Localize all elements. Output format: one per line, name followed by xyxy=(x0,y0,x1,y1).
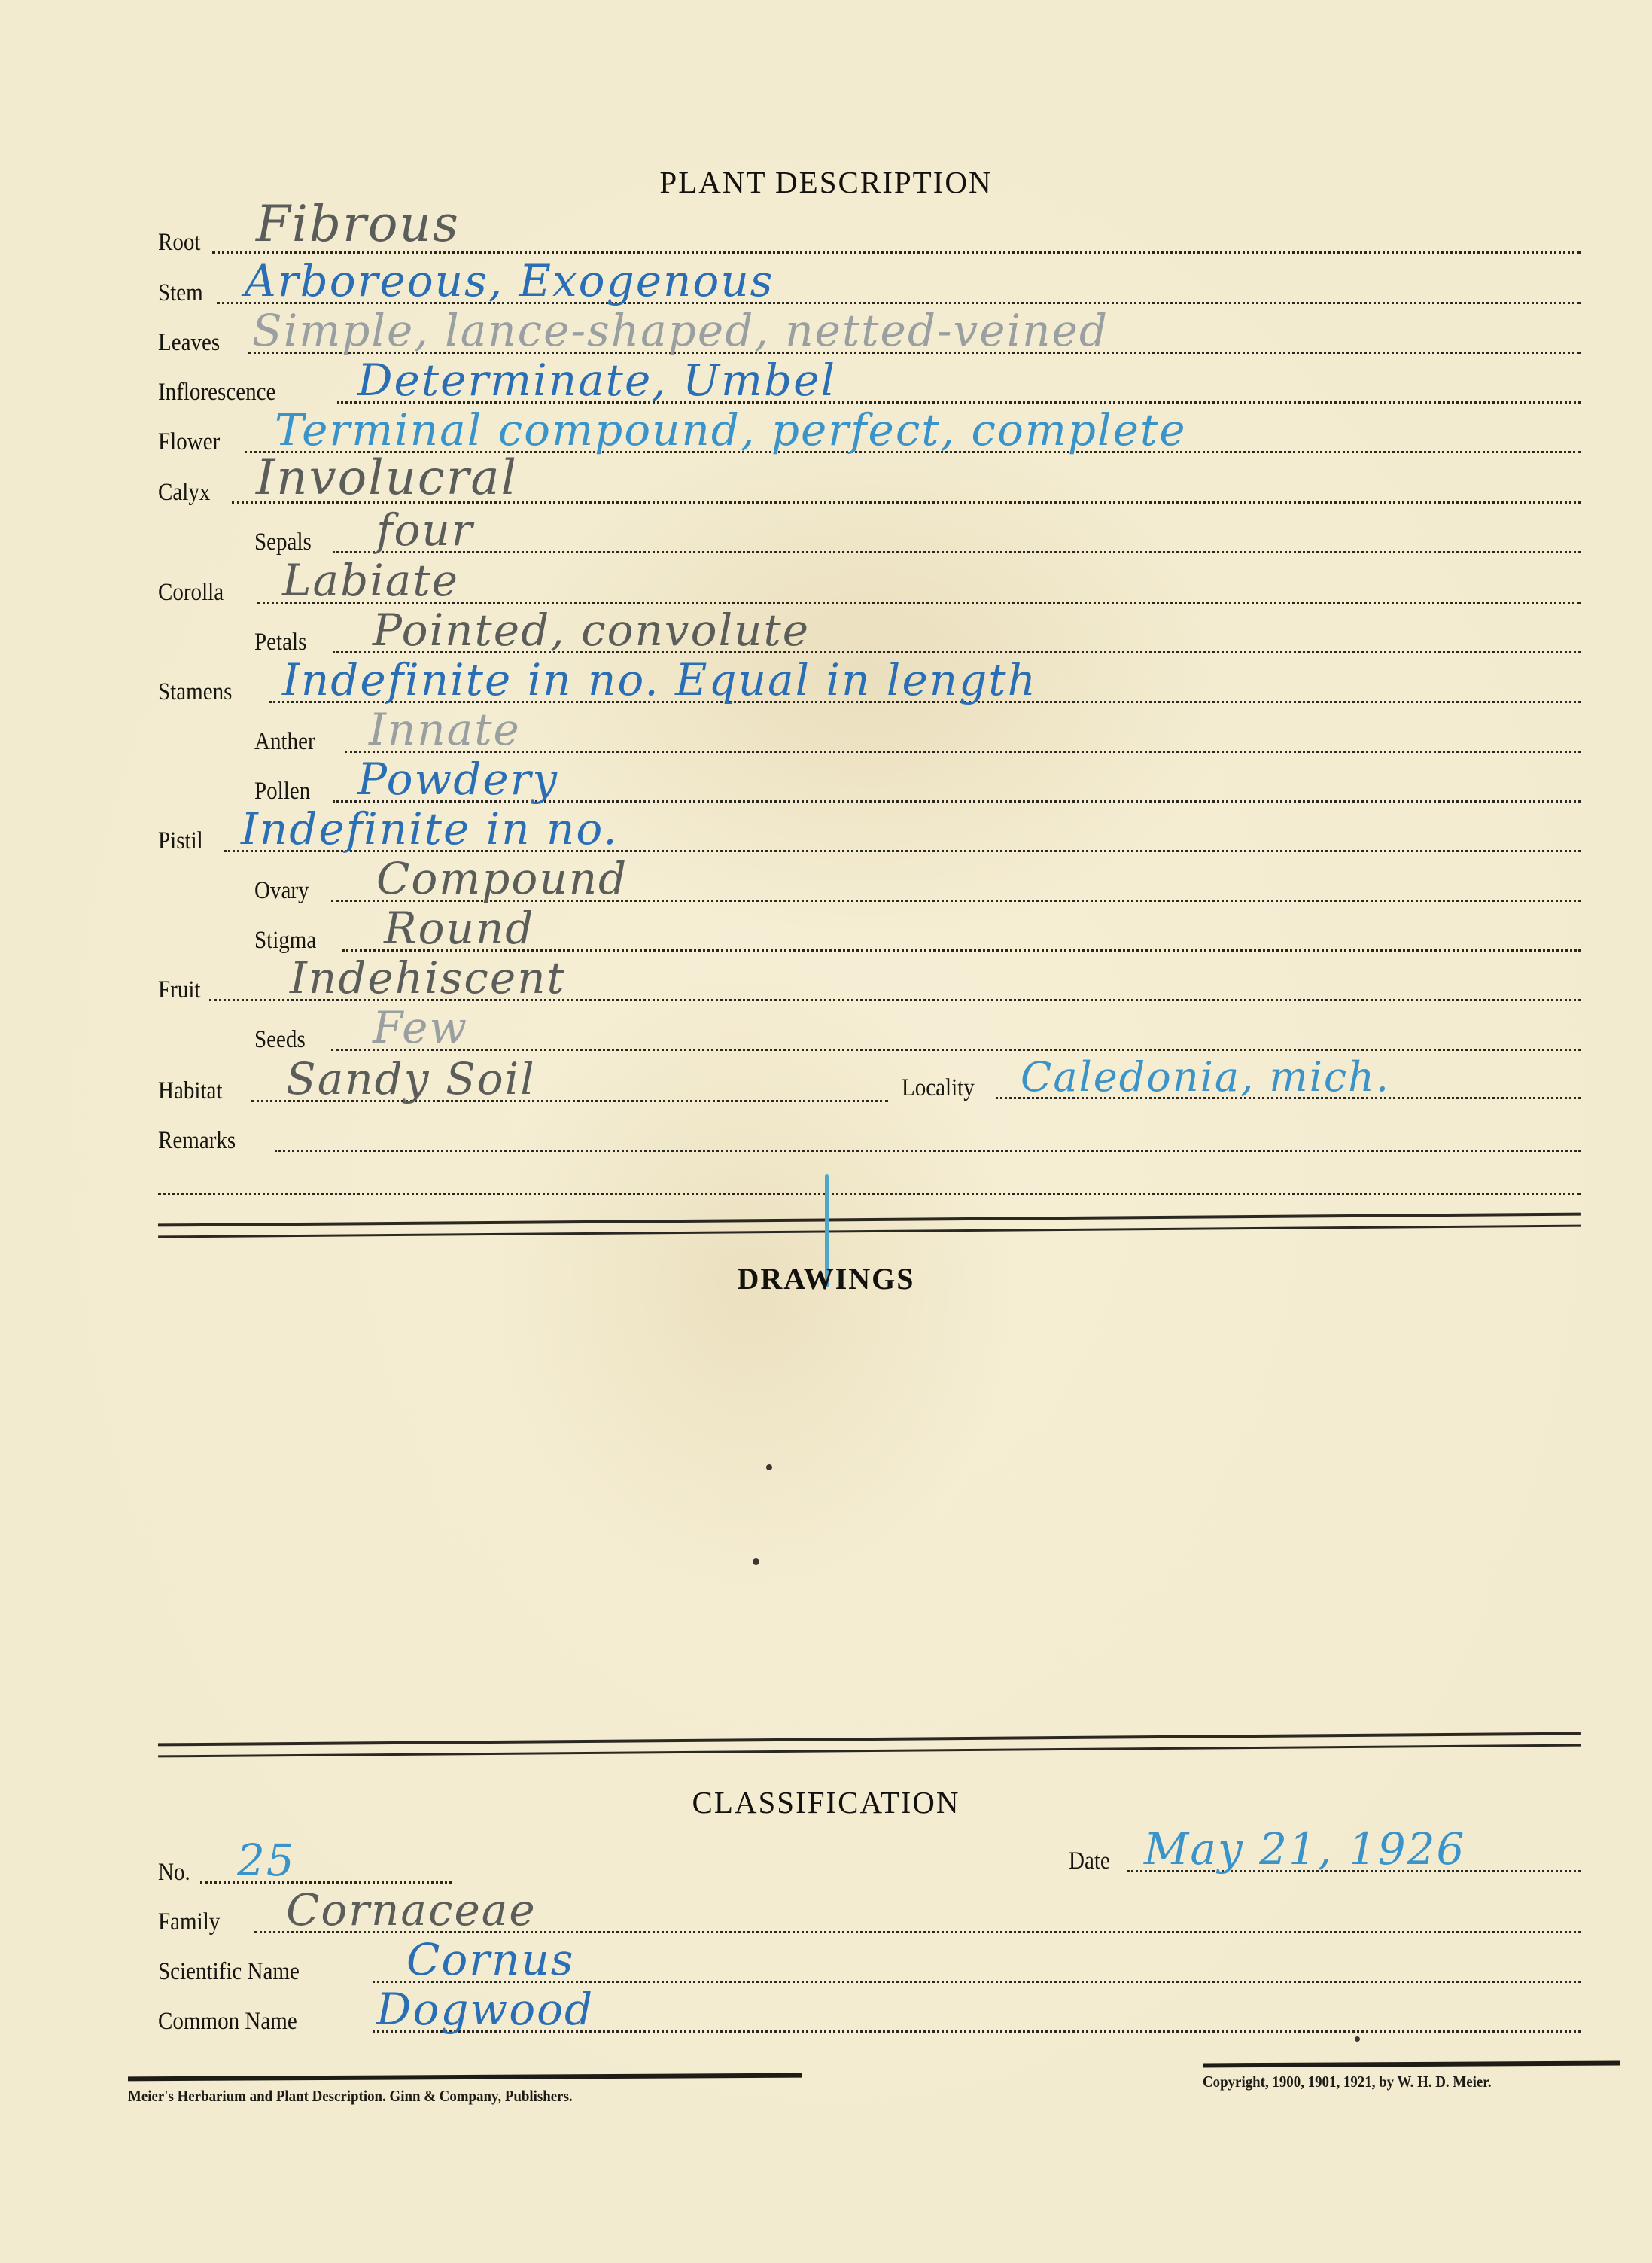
handwritten-value[interactable]: four xyxy=(376,508,473,552)
paper-speck xyxy=(766,1464,772,1470)
handwritten-value[interactable]: Involucral xyxy=(256,454,518,502)
field-fruit: Fruit Indehiscent xyxy=(158,962,1581,1007)
field-corolla: Corolla Labiate xyxy=(158,565,1581,610)
field-label: Stigma xyxy=(254,927,316,955)
dotted-line xyxy=(345,751,1581,753)
field-label: Ovary xyxy=(254,877,309,905)
field-label: Common Name xyxy=(158,2008,297,2036)
handwritten-value[interactable]: Pointed, convolute xyxy=(373,608,810,652)
section-divider xyxy=(158,1732,1581,1758)
field-calyx: Calyx Involucral xyxy=(158,464,1581,510)
handwritten-value[interactable]: Indefinite in no. Equal in length xyxy=(282,658,1037,702)
field-label: Pollen xyxy=(254,778,310,806)
field-label: Seeds xyxy=(254,1026,306,1054)
field-locality: Locality Caledonia, mich. xyxy=(902,1060,1581,1105)
field-label: Stem xyxy=(158,279,203,307)
field-label: Scientific Name xyxy=(158,1958,300,1986)
dotted-line xyxy=(275,1150,1581,1152)
handwritten-value[interactable]: Fibrous xyxy=(256,199,460,249)
field-pistil: Pistil Indefinite in no. xyxy=(158,813,1581,858)
field-label: Petals xyxy=(254,629,306,656)
handwritten-value[interactable]: Arboreous, Exogenous xyxy=(245,259,774,303)
field-anther: Anther Innate xyxy=(158,714,1581,759)
section-divider xyxy=(158,1213,1581,1238)
field-stamens: Stamens Indefinite in no. Equal in lengt… xyxy=(158,664,1581,709)
field-label: Leaves xyxy=(158,329,220,357)
dotted-line xyxy=(331,1049,1581,1051)
footer-rule-right xyxy=(1203,2061,1620,2068)
footer-rule-left xyxy=(128,2073,802,2082)
handwritten-value[interactable]: Compound xyxy=(376,857,628,900)
field-label: Inflorescence xyxy=(158,379,275,407)
field-petals: Petals Pointed, convolute xyxy=(158,614,1581,659)
field-date: Date May 21, 1926 xyxy=(1069,1833,1581,1878)
field-scientific-name: Scientific Name Cornus xyxy=(158,1944,1581,1989)
field-pollen: Pollen Powdery xyxy=(158,763,1581,809)
field-label: Family xyxy=(158,1908,220,1936)
field-label: Calyx xyxy=(158,479,210,507)
field-root: Root Fibrous xyxy=(158,215,1581,260)
handwritten-value[interactable]: Labiate xyxy=(282,559,459,602)
plant-description-title: PLANT DESCRIPTION xyxy=(0,164,1652,200)
field-seeds: Seeds Few xyxy=(158,1012,1581,1057)
field-ovary: Ovary Compound xyxy=(158,863,1581,908)
field-label: Locality xyxy=(902,1074,975,1102)
handwritten-value[interactable]: Determinate, Umbel xyxy=(357,358,836,402)
handwritten-value[interactable]: Round xyxy=(384,906,534,950)
handwritten-value[interactable]: May 21, 1926 xyxy=(1144,1827,1465,1871)
drawings-area[interactable] xyxy=(158,1310,1581,1732)
paper-speck xyxy=(1355,2036,1360,2042)
field-label: Flower xyxy=(158,428,220,456)
handwritten-value[interactable]: Dogwood xyxy=(376,1987,594,2031)
field-family: Family Cornaceae xyxy=(158,1894,1581,1939)
handwritten-value[interactable]: Indefinite in no. xyxy=(241,807,619,851)
handwritten-value[interactable]: 25 xyxy=(237,1838,296,1882)
remarks-extra-line xyxy=(158,1193,1581,1195)
handwritten-value[interactable]: Powdery xyxy=(357,757,558,801)
field-label: Habitat xyxy=(158,1077,222,1105)
handwritten-value[interactable]: Caledonia, mich. xyxy=(1021,1057,1390,1098)
field-label: Sepals xyxy=(254,528,312,556)
field-number: No. 25 xyxy=(158,1844,452,1890)
handwritten-value[interactable]: Sandy Soil xyxy=(286,1057,536,1101)
field-inflorescence: Inflorescence Determinate, Umbel xyxy=(158,364,1581,410)
copyright-footer: Copyright, 1900, 1901, 1921, by W. H. D.… xyxy=(1203,2073,1492,2091)
field-label: Corolla xyxy=(158,579,224,607)
field-stem: Stem Arboreous, Exogenous xyxy=(158,265,1581,310)
handwritten-value[interactable]: Innate xyxy=(369,708,521,751)
field-label: Remarks xyxy=(158,1127,236,1155)
paper-speck xyxy=(753,1558,759,1565)
field-remarks: Remarks xyxy=(158,1113,1581,1158)
handwritten-value[interactable]: Few xyxy=(373,1006,468,1049)
handwritten-value[interactable]: Terminal compound, perfect, complete xyxy=(275,408,1187,452)
field-label: Root xyxy=(158,229,200,257)
handwritten-value[interactable]: Indehiscent xyxy=(290,956,566,1000)
handwritten-value[interactable]: Cornaceae xyxy=(286,1888,537,1932)
field-label: Date xyxy=(1069,1847,1110,1875)
publisher-footer: Meier's Herbarium and Plant Description.… xyxy=(128,2087,573,2106)
field-label: Pistil xyxy=(158,827,203,855)
handwritten-value[interactable]: Simple, lance-shaped, netted-veined xyxy=(252,309,1109,352)
dotted-line xyxy=(333,551,1581,553)
drawings-title: DRAWINGS xyxy=(0,1261,1652,1296)
field-common-name: Common Name Dogwood xyxy=(158,1993,1581,2039)
field-label: Stamens xyxy=(158,678,232,706)
field-label: Fruit xyxy=(158,976,200,1004)
field-sepals: Sepals four xyxy=(158,514,1581,559)
field-stigma: Stigma Round xyxy=(158,912,1581,958)
classification-title: CLASSIFICATION xyxy=(0,1784,1652,1820)
field-label: Anther xyxy=(254,728,315,756)
handwritten-value[interactable]: Cornus xyxy=(406,1938,575,1981)
field-label: No. xyxy=(158,1859,190,1887)
field-leaves: Leaves Simple, lance-shaped, netted-vein… xyxy=(158,315,1581,360)
field-habitat: Habitat Sandy Soil xyxy=(158,1063,888,1108)
